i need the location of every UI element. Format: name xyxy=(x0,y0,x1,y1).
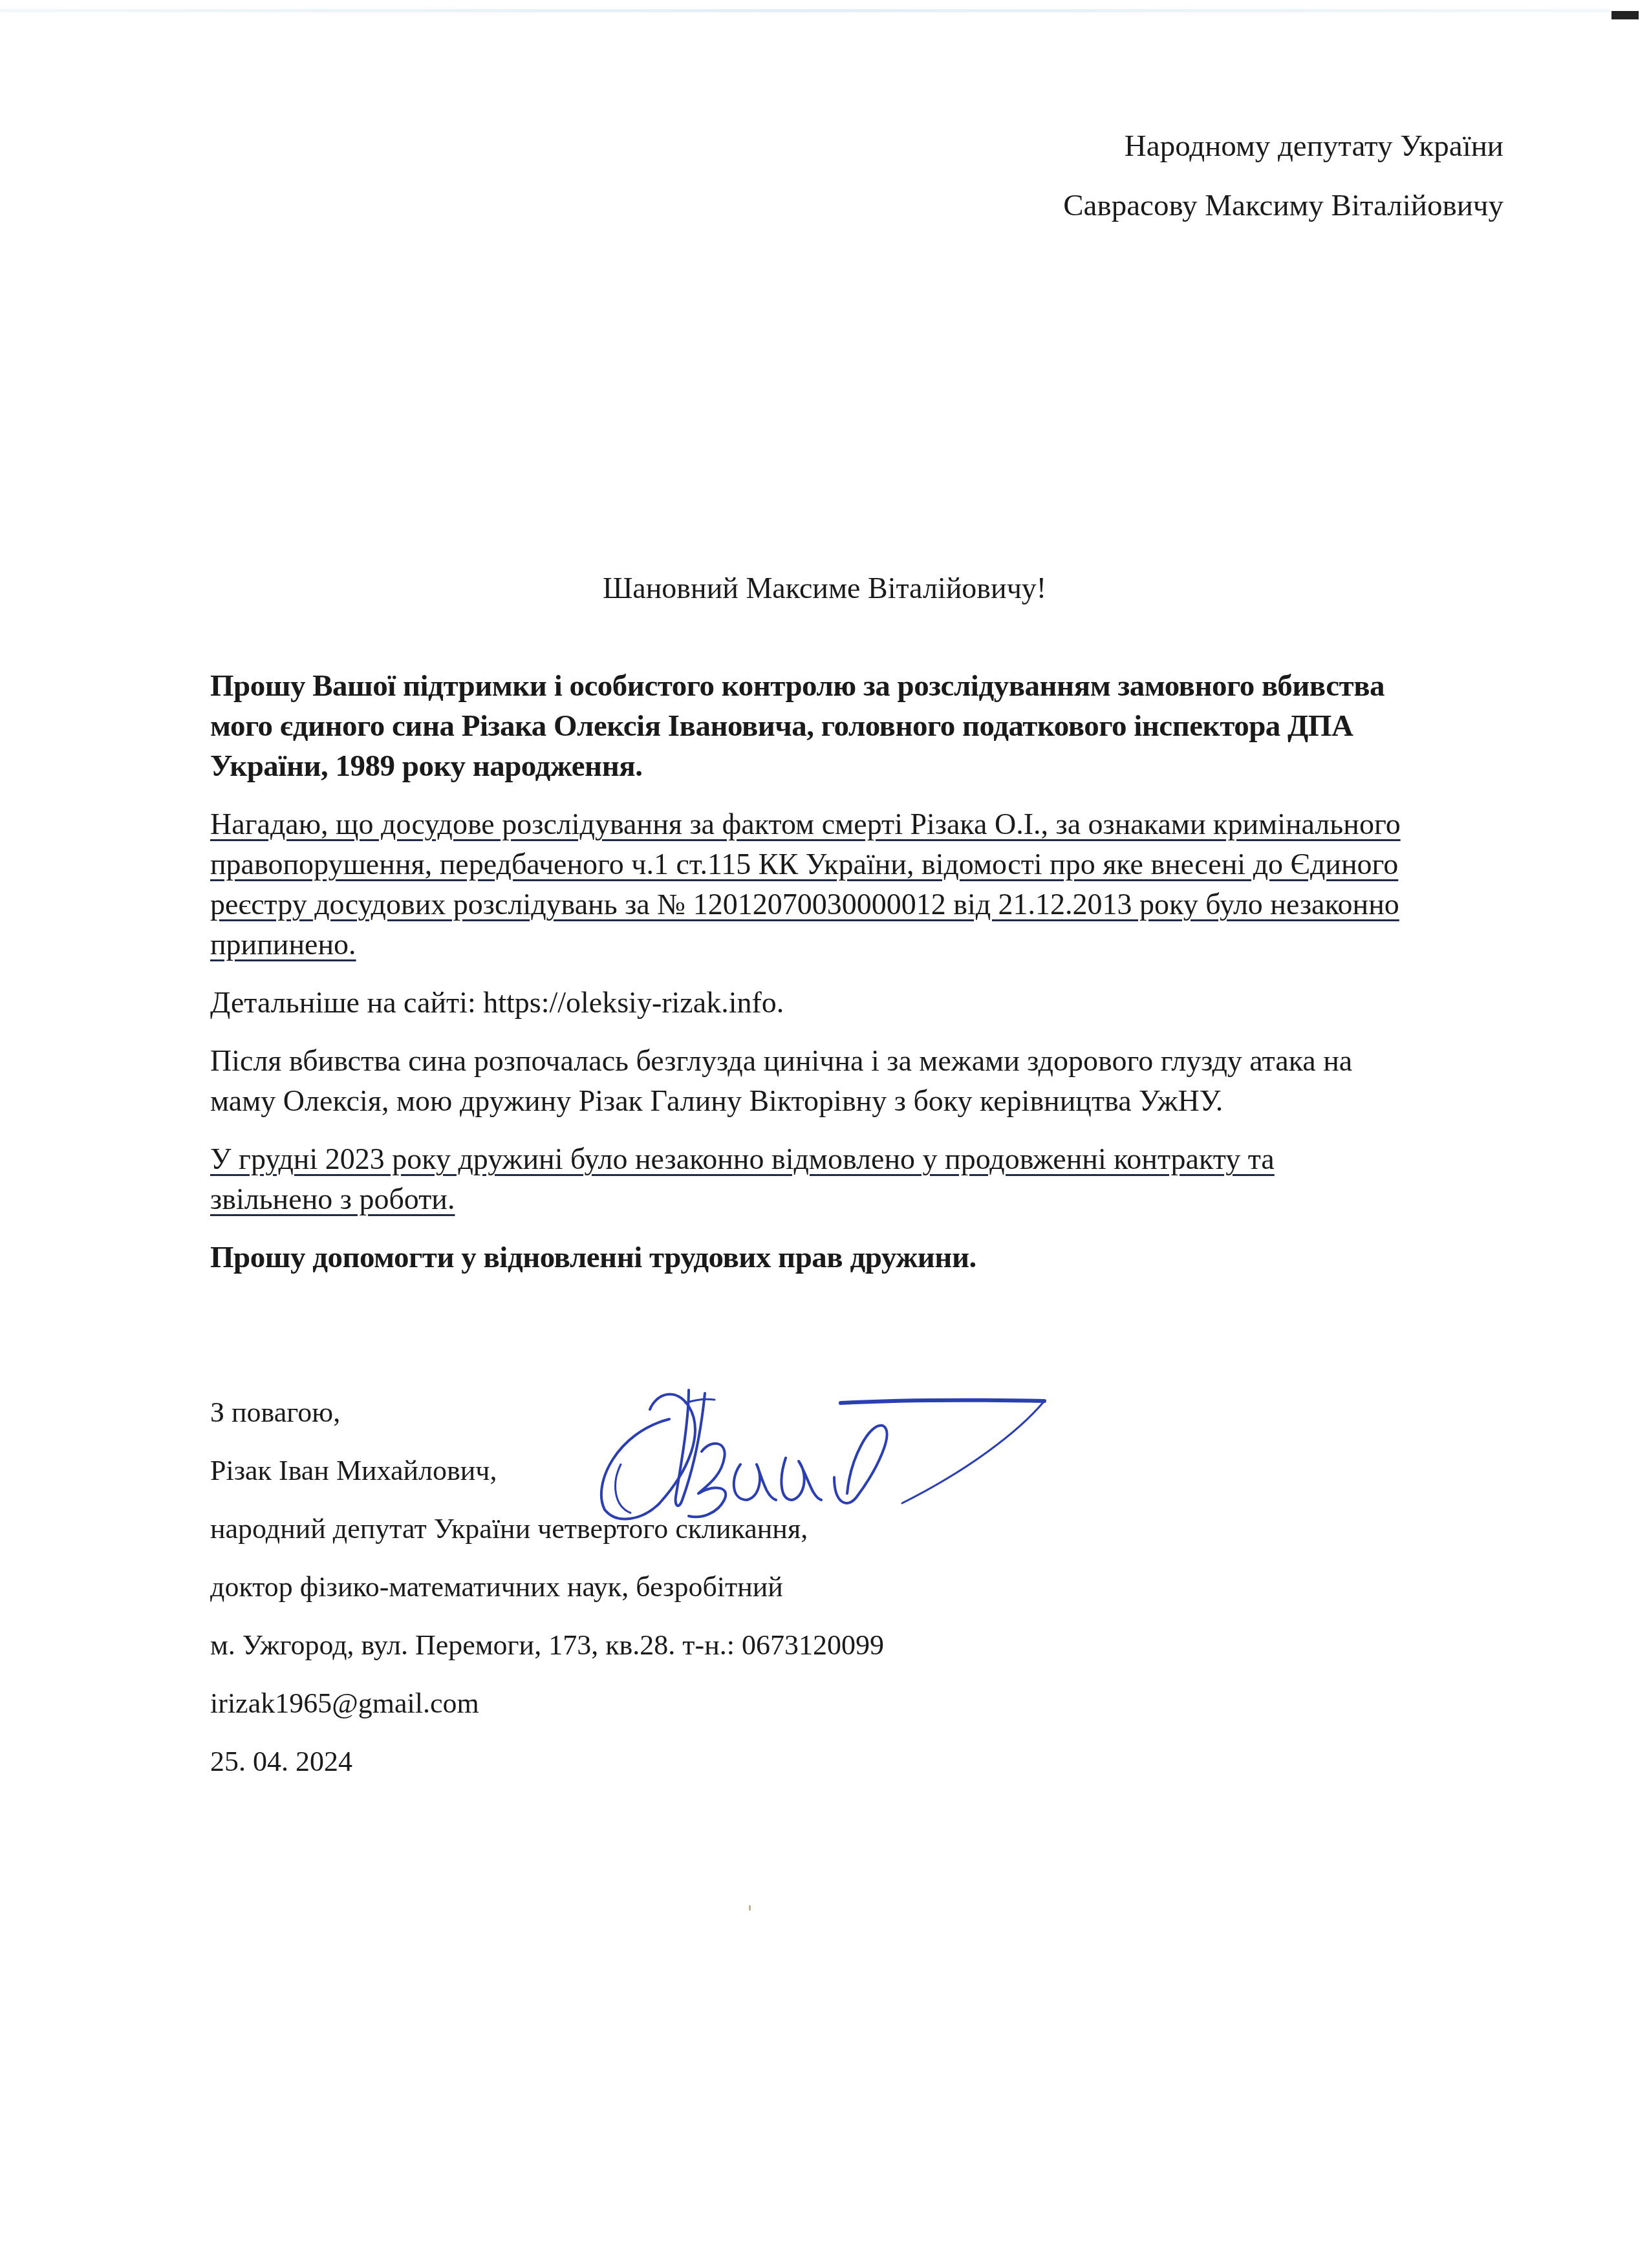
underlined-line: реєстру досудових розслідувань за № 1201… xyxy=(210,884,1516,925)
text-line: Після вбивства сина розпочалась безглузд… xyxy=(210,1041,1516,1081)
letter-date: 25. 04. 2024 xyxy=(210,1733,884,1791)
details-paragraph: Детальніше на сайті: https://oleksiy-riz… xyxy=(210,983,1516,1023)
reminder-paragraph: Нагадаю, що досудове розслідування за фа… xyxy=(210,804,1516,965)
text-line: маму Олексія, мою дружину Різак Галину В… xyxy=(210,1081,1516,1121)
website-reference: Детальніше на сайті: https://oleksiy-riz… xyxy=(210,983,1516,1023)
salutation: Шановний Максиме Віталійовичу! xyxy=(0,569,1649,608)
addressee-name: Саврасову Максиму Віталійовичу xyxy=(1063,176,1503,235)
handwritten-signature-icon xyxy=(592,1380,1109,1529)
underlined-line: припинено. xyxy=(210,925,1516,965)
sender-degree: доктор фізико-математичних наук, безробі… xyxy=(210,1558,884,1616)
request-paragraph: Прошу Вашої підтримки і особистого контр… xyxy=(210,666,1516,786)
underlined-line: звільнено з роботи. xyxy=(210,1179,1516,1219)
addressee-block: Народному депутату України Саврасову Мак… xyxy=(1063,116,1503,235)
attack-paragraph: Після вбивства сина розпочалась безглузд… xyxy=(210,1041,1516,1121)
sender-email: irizak1965@gmail.com xyxy=(210,1674,884,1733)
sender-address: м. Ужгород, вул. Перемоги, 173, кв.28. т… xyxy=(210,1616,884,1674)
scan-artifact-line xyxy=(0,9,1610,12)
text-line: України, 1989 року народження. xyxy=(210,746,1516,786)
text-line: Прошу допомогти у відновленні трудових п… xyxy=(210,1237,1516,1278)
underlined-line: правопорушення, передбаченого ч.1 ст.115… xyxy=(210,844,1516,884)
underlined-line: У грудні 2023 року дружині було незаконн… xyxy=(210,1139,1516,1179)
dismissal-paragraph: У грудні 2023 року дружині було незаконн… xyxy=(210,1139,1516,1219)
underlined-text: У грудні 2023 року дружині було незаконн… xyxy=(210,1142,1275,1175)
underlined-text: звільнено з роботи. xyxy=(210,1182,455,1215)
text-line: мого єдиного сина Різака Олексія Іванови… xyxy=(210,706,1516,746)
addressee-title: Народному депутату України xyxy=(1063,116,1503,176)
scan-corner-mark xyxy=(1611,11,1639,19)
final-request-paragraph: Прошу допомогти у відновленні трудових п… xyxy=(210,1237,1516,1278)
text-line: Прошу Вашої підтримки і особистого контр… xyxy=(210,666,1516,706)
letter-body: Прошу Вашої підтримки і особистого контр… xyxy=(210,666,1516,1296)
underlined-text: припинено. xyxy=(210,928,356,961)
scan-speck xyxy=(749,1905,751,1910)
underlined-line: Нагадаю, що досудове розслідування за фа… xyxy=(210,804,1516,844)
